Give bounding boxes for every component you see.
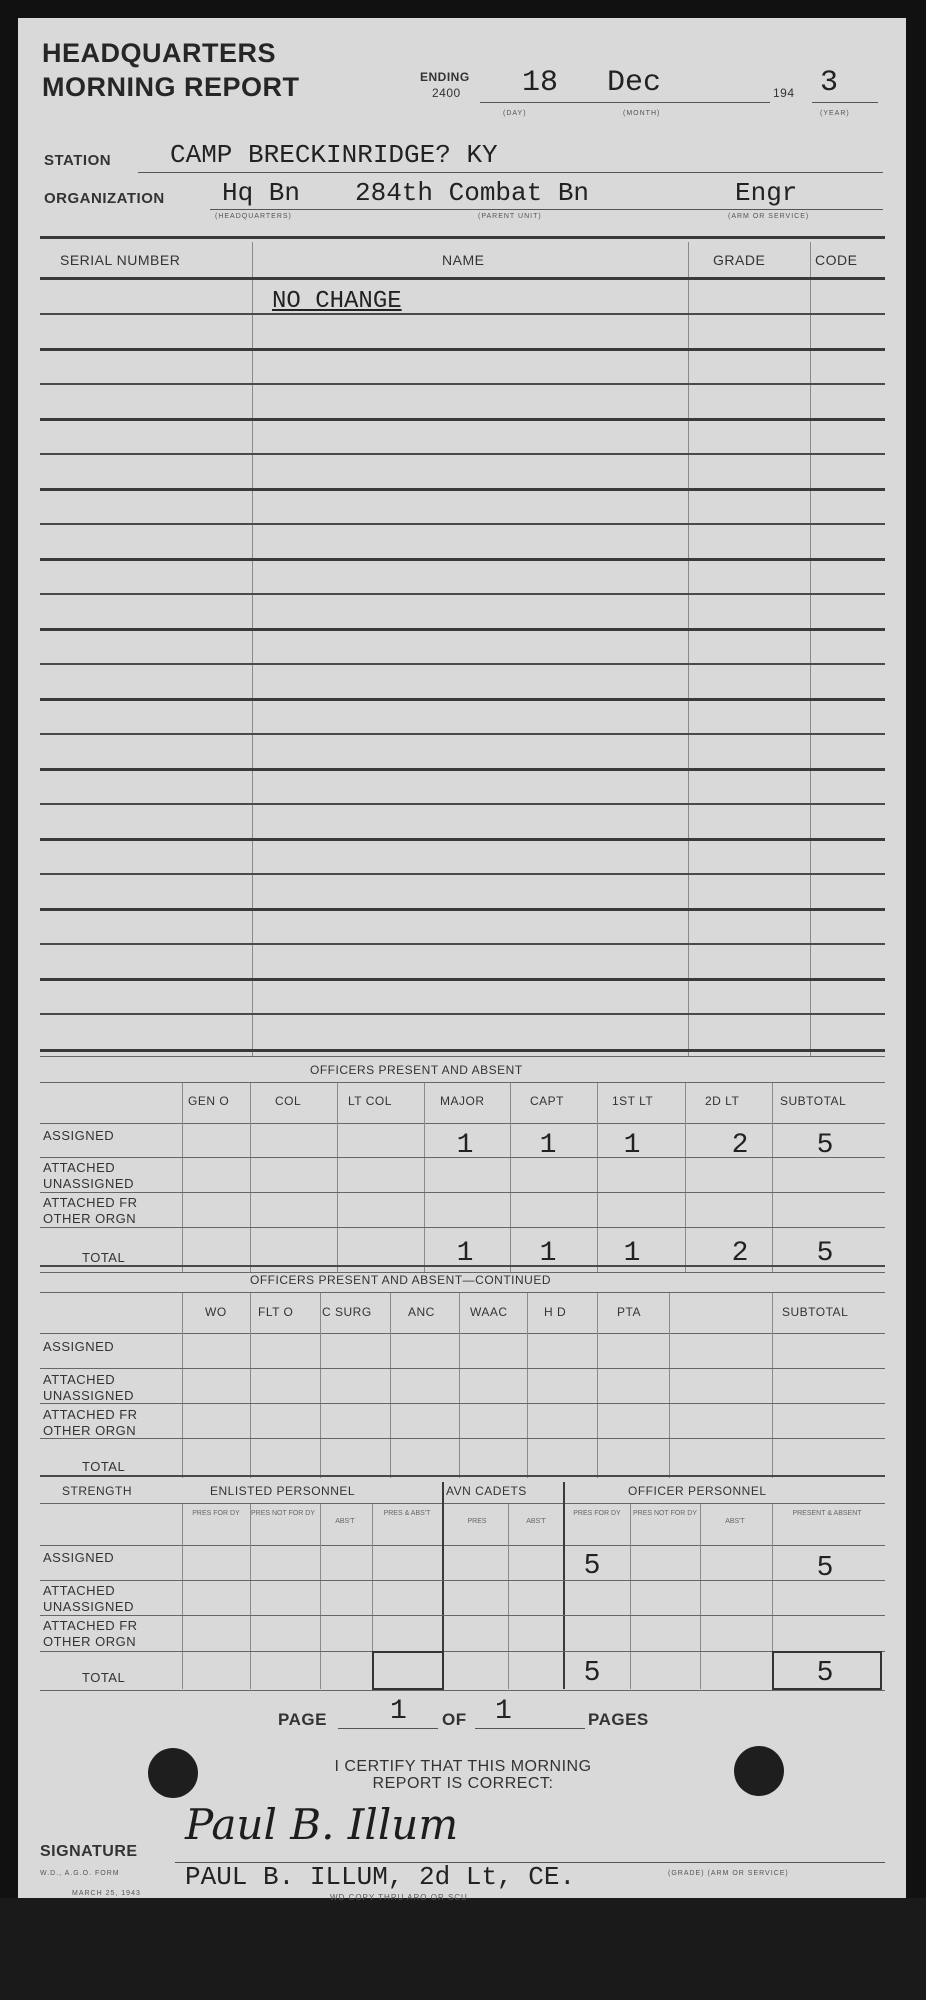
strength-label: STRENGTH	[62, 1484, 132, 1498]
enlisted-personnel-title: ENLISTED PERSONNEL	[210, 1484, 355, 1498]
report-year-digit: 3	[820, 66, 838, 100]
row-attached-unassigned-label: ATTACHED UNASSIGNED	[43, 1583, 163, 1615]
strength-rule	[40, 1503, 885, 1504]
roster-rule	[40, 523, 885, 525]
col-1st-lt: 1ST LT	[612, 1094, 653, 1108]
col-lt-col: LT COL	[348, 1094, 392, 1108]
row-attached-unassigned-label: ATTACHED UNASSIGNED	[43, 1372, 163, 1404]
row-assigned-label: ASSIGNED	[43, 1550, 114, 1566]
sub-off-pres-not-for-dy: PRES NOT FOR DY	[632, 1508, 698, 1520]
roster-rule	[40, 943, 885, 945]
grade-caption: (GRADE) (ARM OR SERVICE)	[668, 1870, 789, 1877]
scan-background	[0, 1898, 926, 2000]
officers-rule	[40, 1192, 885, 1193]
row-assigned-label: ASSIGNED	[43, 1128, 114, 1144]
officers-rule	[40, 1265, 885, 1267]
officers-cont-rule	[40, 1333, 885, 1334]
avn-cadets-title: AVN CADETS	[446, 1484, 527, 1498]
roster-rule	[40, 418, 885, 421]
officers-cont-divider	[669, 1293, 670, 1478]
pages-label: PAGES	[588, 1710, 649, 1730]
sub-off-abst: ABS'T	[702, 1516, 768, 1528]
org-headquarters: Hq Bn	[222, 178, 300, 208]
col-anc: ANC	[408, 1305, 435, 1319]
roster-rule	[40, 488, 885, 491]
certify-line2: REPORT IS CORRECT:	[293, 1775, 633, 1793]
roster-rule	[40, 1056, 885, 1057]
officers-cont-rule	[40, 1292, 885, 1293]
page-underline	[338, 1728, 438, 1729]
roster-rule	[40, 768, 885, 771]
row-total-label: TOTAL	[82, 1459, 125, 1475]
officers-cont-divider	[182, 1293, 183, 1478]
wd-copy-caption: WD COPY THRU ARO OR SCU	[330, 1893, 468, 1902]
strength-rule	[40, 1651, 885, 1652]
roster-rule	[40, 628, 885, 631]
org-arm: Engr	[735, 178, 797, 208]
roster-rule	[40, 663, 885, 665]
strength-rule	[40, 1690, 885, 1691]
sub-off-pres-for-dy: PRES FOR DY	[566, 1508, 628, 1520]
form-date: MARCH 25, 1943	[72, 1890, 141, 1897]
station-label: STATION	[44, 152, 111, 169]
sub-off-present-absent: PRESENT & ABSENT	[772, 1508, 882, 1520]
officers-col-divider	[337, 1083, 338, 1273]
roster-rule	[40, 838, 885, 841]
officers-cont-rule	[40, 1475, 885, 1477]
page-total: 1	[495, 1696, 512, 1727]
roster-rule	[40, 1049, 885, 1052]
roster-rule	[40, 453, 885, 455]
row-attached-fr-other-label: ATTACHED FR OTHER ORGN	[43, 1407, 163, 1439]
officers-cont-divider	[772, 1293, 773, 1478]
strength-col-divider	[250, 1504, 251, 1689]
col-waac: WAAC	[470, 1305, 508, 1319]
year-underline	[812, 102, 878, 103]
col-subtotal: SUBTOTAL	[780, 1094, 846, 1108]
col-col: COL	[275, 1094, 301, 1108]
roster-rule	[40, 348, 885, 351]
strength-rule	[40, 1580, 885, 1581]
col-gen-o: GEN O	[188, 1094, 229, 1108]
sub-pres-for-dy: PRES FOR DY	[186, 1508, 246, 1520]
roster-rule	[40, 1013, 885, 1015]
strength-total-officer-pres-for-dy: 5	[572, 1655, 612, 1687]
officers-cont-divider	[250, 1293, 251, 1478]
officers-col-divider	[250, 1083, 251, 1273]
roster-entry: NO CHANGE	[272, 288, 402, 315]
roster-rule	[40, 908, 885, 911]
org-parent-unit: 284th Combat Bn	[355, 178, 589, 208]
officers-cont-divider	[527, 1293, 528, 1478]
signature-label: SIGNATURE	[40, 1843, 138, 1861]
strength-assigned-officer-present-absent: 5	[805, 1550, 845, 1582]
strength-group-divider	[563, 1482, 565, 1689]
date-underline	[480, 102, 770, 103]
officers-col-divider	[685, 1083, 686, 1273]
page-label: PAGE	[278, 1710, 327, 1730]
organization-underline	[210, 209, 883, 210]
officers-rule	[40, 1123, 885, 1124]
roster-col-divider	[688, 242, 689, 1057]
roster-rule	[40, 593, 885, 595]
strength-col-divider	[320, 1504, 321, 1689]
row-total-label: TOTAL	[82, 1670, 125, 1686]
officers-col-divider	[597, 1083, 598, 1273]
officers-col-divider	[182, 1083, 183, 1273]
report-day: 18	[522, 66, 558, 100]
divider	[40, 236, 885, 239]
strength-col-divider	[182, 1504, 183, 1689]
arm-caption: (ARM OR SERVICE)	[728, 213, 809, 220]
col-code: CODE	[815, 252, 857, 268]
sub-cadets-pres: PRES	[446, 1516, 508, 1528]
row-attached-fr-other-label: ATTACHED FR OTHER ORGN	[43, 1195, 163, 1227]
strength-col-divider	[630, 1504, 631, 1689]
roster-rule	[40, 277, 885, 280]
officers-cont-divider	[390, 1293, 391, 1478]
col-subtotal-cont: SUBTOTAL	[782, 1305, 848, 1319]
officers-cont-title: OFFICERS PRESENT AND ABSENT—CONTINUED	[250, 1273, 551, 1287]
col-2d-lt: 2D LT	[705, 1094, 739, 1108]
form-title-line2: MORNING REPORT	[42, 72, 300, 102]
row-attached-unassigned-label: ATTACHED UNASSIGNED	[43, 1160, 163, 1192]
ending-label: ENDING	[420, 70, 470, 84]
col-serial-number: SERIAL NUMBER	[60, 252, 180, 268]
of-label: OF	[442, 1710, 467, 1730]
year-prefix: 194	[773, 86, 795, 100]
row-attached-fr-other-label: ATTACHED FR OTHER ORGN	[43, 1618, 163, 1650]
officers-rule	[40, 1227, 885, 1228]
strength-rule	[40, 1615, 885, 1616]
officers-col-divider	[772, 1083, 773, 1273]
roster-rule	[40, 558, 885, 561]
officers-cont-rule	[40, 1403, 885, 1404]
col-wo: WO	[205, 1305, 227, 1319]
col-major: MAJOR	[440, 1094, 485, 1108]
sub-cadets-abst: ABS'T	[510, 1516, 562, 1528]
signer-typed-name: PAUL B. ILLUM, 2d Lt, CE.	[185, 1862, 575, 1892]
sub-pres-not-for-dy: PRES NOT FOR DY	[250, 1508, 316, 1520]
col-pta: PTA	[617, 1305, 641, 1319]
row-assigned-label: ASSIGNED	[43, 1339, 114, 1355]
col-h-d: H D	[544, 1305, 566, 1319]
roster-rule	[40, 313, 885, 315]
col-capt: CAPT	[530, 1094, 564, 1108]
year-caption: (YEAR)	[820, 110, 850, 117]
strength-col-divider	[700, 1504, 701, 1689]
strength-rule	[40, 1545, 885, 1546]
binder-hole-left	[148, 1748, 198, 1798]
roster-rule	[40, 803, 885, 805]
officers-cont-divider	[597, 1293, 598, 1478]
sub-pres-and-abst: PRES & ABS'T	[374, 1508, 440, 1520]
officers-rule	[40, 1157, 885, 1158]
certify-line1: I CERTIFY THAT THIS MORNING	[293, 1758, 633, 1776]
roster-rule	[40, 383, 885, 385]
roster-col-divider	[252, 242, 253, 1057]
col-c-surg: C SURG	[322, 1305, 372, 1319]
hq-caption: (HEADQUARTERS)	[215, 213, 292, 220]
parent-caption: (PARENT UNIT)	[478, 213, 542, 220]
station-value: CAMP BRECKINRIDGE? KY	[170, 140, 498, 170]
officers-cont-divider	[320, 1293, 321, 1478]
col-grade: GRADE	[713, 252, 765, 268]
page-number: 1	[390, 1696, 407, 1727]
binder-hole-right	[734, 1746, 784, 1796]
col-name: NAME	[442, 252, 484, 268]
form-caption: W.D., A.G.O. FORM	[40, 1870, 120, 1877]
officers-cont-divider	[459, 1293, 460, 1478]
col-flt-o: FLT O	[258, 1305, 293, 1319]
officers-cont-rule	[40, 1368, 885, 1369]
month-caption: (MONTH)	[623, 110, 660, 117]
report-month: Dec	[607, 66, 661, 100]
enlisted-total-box	[372, 1651, 444, 1690]
ending-time: 2400	[432, 86, 461, 100]
strength-col-divider	[508, 1504, 509, 1689]
pages-underline	[475, 1728, 585, 1729]
strength-assigned-officer-pres-for-dy: 5	[572, 1548, 612, 1580]
organization-label: ORGANIZATION	[44, 190, 165, 207]
officers-col-divider	[510, 1083, 511, 1273]
roster-rule	[40, 698, 885, 701]
form-title-line1: HEADQUARTERS	[42, 38, 276, 68]
officers-rule	[40, 1082, 885, 1083]
strength-total-officer-present-absent: 5	[805, 1655, 845, 1687]
day-caption: (DAY)	[503, 110, 527, 117]
officers-section-title: OFFICERS PRESENT AND ABSENT	[310, 1063, 523, 1077]
roster-rule	[40, 978, 885, 981]
handwritten-signature: Paul B. Illum	[185, 1800, 458, 1849]
sub-abst: ABS'T	[320, 1516, 370, 1528]
roster-rule	[40, 733, 885, 735]
row-total-label: TOTAL	[82, 1250, 125, 1266]
officers-cont-rule	[40, 1438, 885, 1439]
roster-col-divider	[810, 242, 811, 1057]
officer-personnel-title: OFFICER PERSONNEL	[628, 1484, 767, 1498]
roster-rule	[40, 873, 885, 875]
station-underline	[138, 172, 883, 173]
officers-col-divider	[424, 1083, 425, 1273]
